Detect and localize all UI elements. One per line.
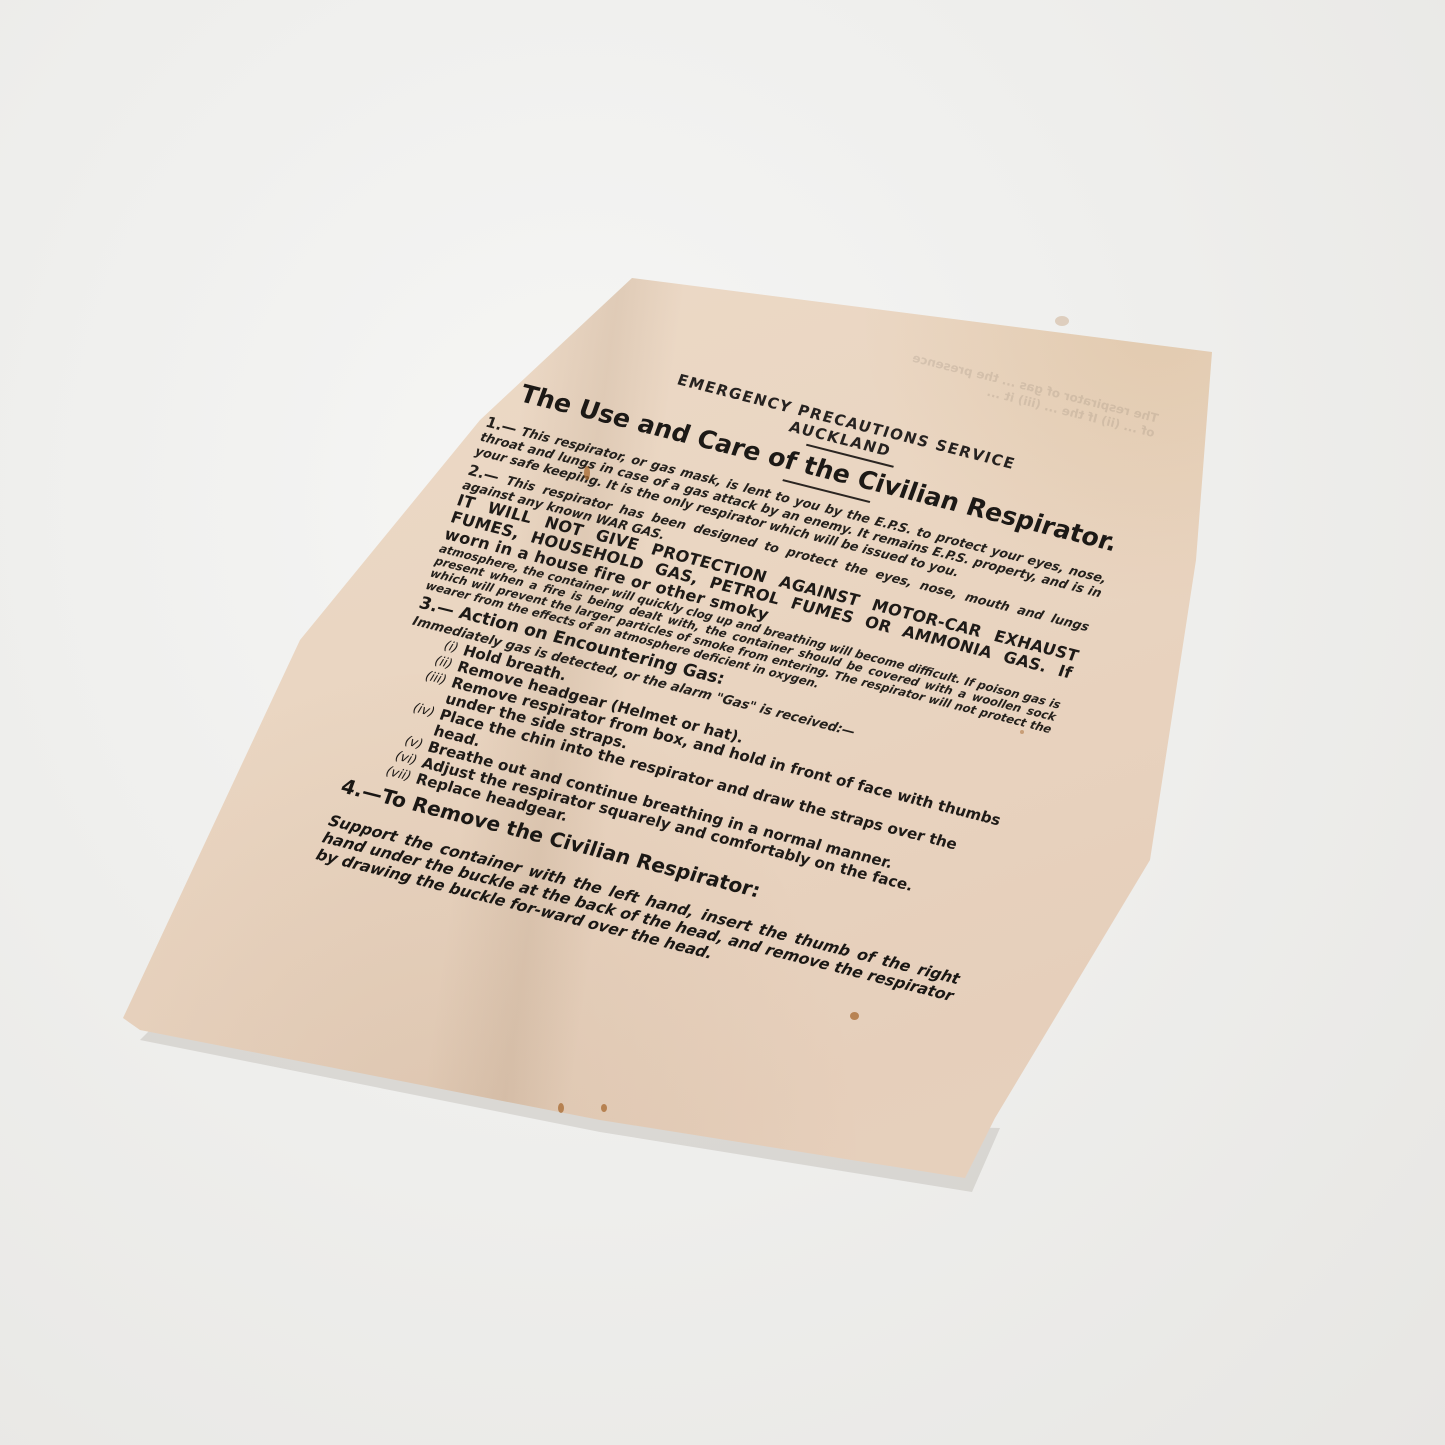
rust-stain <box>1020 730 1024 734</box>
rust-stain <box>1055 316 1069 326</box>
rust-stain <box>601 1104 607 1112</box>
rust-stain <box>558 1103 564 1113</box>
rust-stain <box>850 1012 859 1020</box>
rust-stain <box>584 466 590 480</box>
